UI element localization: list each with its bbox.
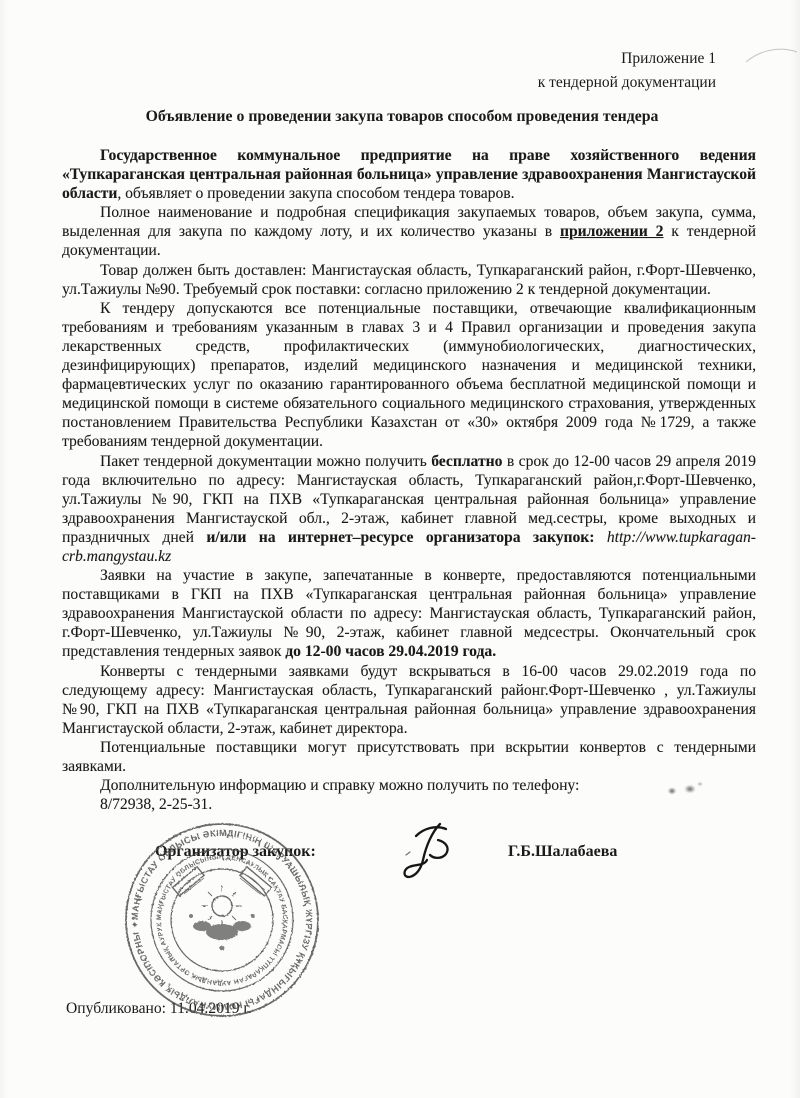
appendix-line-1: Приложение 1 <box>538 47 716 71</box>
scanned-document-page: Приложение 1 к тендерной документации Об… <box>0 0 800 1098</box>
paragraph: Дополнительную информацию и справку можн… <box>62 776 756 795</box>
scan-artifact-mark <box>742 40 800 70</box>
paragraph: Пакет тендерной документации можно получ… <box>62 452 756 567</box>
official-round-stamp: МАҢҒЫСТАУ ОБЛЫСЫ ӘКІМДІГІНІҢ ШАРУАШЫЛЫҚ … <box>122 820 322 1020</box>
appendix-header: Приложение 1 к тендерной документации <box>538 47 716 95</box>
paragraph: Государственное коммунальное предприятие… <box>62 146 756 203</box>
paragraph: Потенциальные поставщики могут присутств… <box>62 738 756 776</box>
page-title: Объявление о проведении закупа товаров с… <box>72 108 732 126</box>
paragraph: Полное наименование и подробная специфик… <box>62 203 756 260</box>
ink-smudge <box>660 778 706 800</box>
paragraph: 8/72938, 2-25-31. <box>62 795 756 814</box>
paragraph: К тендеру допускаются все потенциальные … <box>62 299 756 452</box>
appendix-line-2: к тендерной документации <box>538 71 716 95</box>
paragraph: Товар должен быть доставлен: Мангистауск… <box>62 261 756 299</box>
paragraph: Конверты с тендерными заявками будут вск… <box>62 662 756 738</box>
paragraph: Заявки на участие в закупе, запечатанные… <box>62 566 756 661</box>
signer-name: Г.Б.Шалабаева <box>508 843 617 861</box>
document-body: Государственное коммунальное предприятие… <box>62 146 756 814</box>
handwritten-signature <box>396 816 468 888</box>
